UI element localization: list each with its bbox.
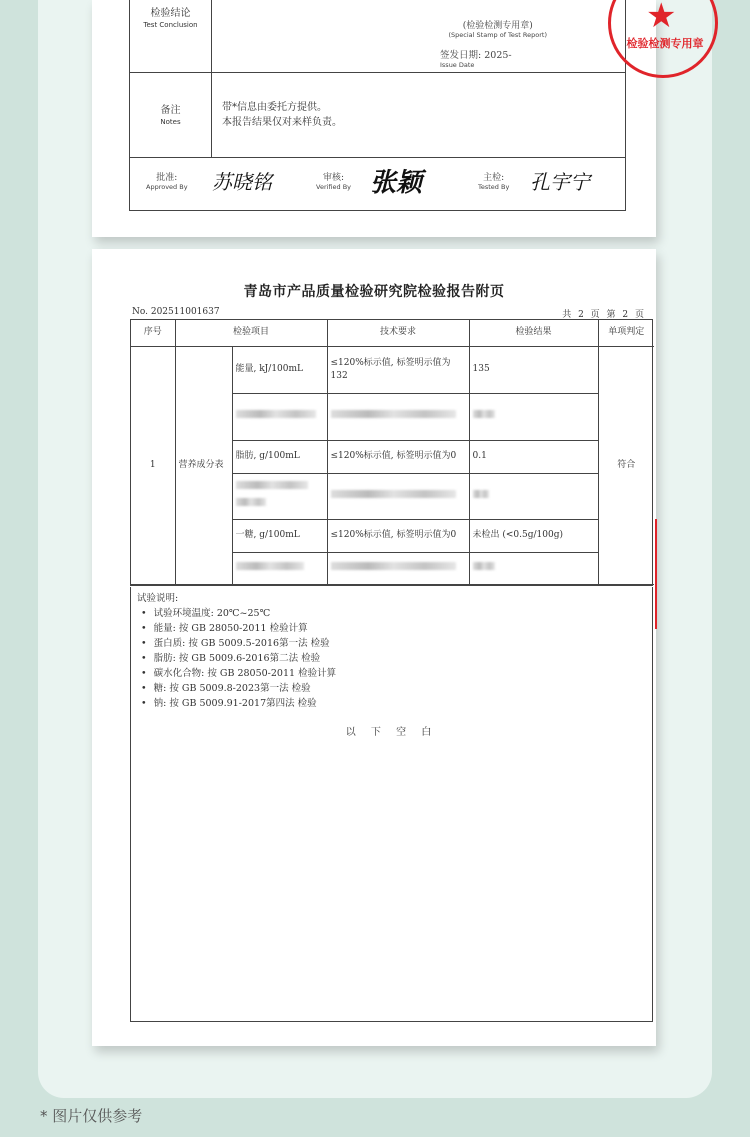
verified-label-zh: 审核: xyxy=(316,170,351,183)
serial-cell: 1 xyxy=(131,346,175,584)
report-page-1: 检验结论 Test Conclusion (检验检测专用章) (Special … xyxy=(92,0,656,237)
blurred-item-cell xyxy=(232,393,327,440)
results-table: 序号 检验项目 技术要求 检验结果 单项判定 1 营养成分表 能量, kJ/10… xyxy=(130,319,653,586)
conclusion-label-zh: 检验结论 xyxy=(130,4,211,19)
issue-date-label-en: Issue Date xyxy=(440,61,512,69)
requirement-cell: ≤120%标示值, 标签明示值为0 xyxy=(327,440,469,473)
test-note-item: 碳水化合物: 按 GB 28050-2011 检验计算 xyxy=(137,666,646,681)
blurred-result-cell xyxy=(469,473,598,519)
conclusion-label-en: Test Conclusion xyxy=(130,21,211,29)
notes-label-zh: 备注 xyxy=(130,101,211,116)
stamp-label-zh: (检验检测专用章) xyxy=(463,21,533,31)
seal-text: 检验检测专用章 xyxy=(623,35,707,51)
result-cell: 0.1 xyxy=(469,440,598,473)
approver-signature: 苏晓铭 xyxy=(212,166,272,195)
blurred-requirement-cell xyxy=(327,473,469,519)
test-note-item: 糖: 按 GB 5009.8-2023第一法 检验 xyxy=(137,681,646,696)
seal-star-icon: ★ xyxy=(646,0,676,33)
blank-below-marker: 以 下 空 白 xyxy=(131,725,652,740)
appendix-title: 青岛市产品质量检验研究院检验报告附页 xyxy=(92,281,656,301)
issue-date-label: 签发日期: xyxy=(440,50,481,61)
notes-label: 备注 Notes xyxy=(130,73,212,157)
item-cell: 能量, kJ/100mL xyxy=(232,346,327,393)
requirement-cell: ≤120%标示值, 标签明示值为132 xyxy=(327,346,469,393)
verifier-signature: 张颖 xyxy=(370,162,422,199)
test-note-item: 能量: 按 GB 28050-2011 检验计算 xyxy=(137,621,646,636)
stamp-caption: (检验检测专用章) (Special Stamp of Test Report) xyxy=(449,18,547,39)
verdict-cell: 符合 xyxy=(598,346,654,584)
category-cell: 营养成分表 xyxy=(175,346,232,584)
header-item: 检验项目 xyxy=(175,320,327,346)
notes-row: 备注 Notes 带*信息由委托方提供。 本报告结果仅对来样负责。 xyxy=(130,73,625,158)
conclusion-label: 检验结论 Test Conclusion xyxy=(130,0,212,72)
header-serial: 序号 xyxy=(131,320,175,346)
blurred-item-cell xyxy=(232,552,327,584)
result-cell: 未检出 (<0.5g/100g) xyxy=(469,519,598,552)
item-cell: 一糖, g/100mL xyxy=(232,519,327,552)
blurred-result-cell xyxy=(469,552,598,584)
image-disclaimer: * 图片仅供参考 xyxy=(40,1105,142,1126)
header-requirement: 技术要求 xyxy=(327,320,469,346)
tested-label-en: Tested By xyxy=(478,183,509,191)
test-note-item: 脂肪: 按 GB 5009.6-2016第二法 检验 xyxy=(137,651,646,666)
edge-seal-mark xyxy=(647,519,657,629)
stamp-label-en: (Special Stamp of Test Report) xyxy=(449,31,547,39)
header-result: 检验结果 xyxy=(469,320,598,346)
blurred-item-cell xyxy=(232,473,327,519)
test-note-item: 蛋白质: 按 GB 5009.5-2016第一法 检验 xyxy=(137,636,646,651)
verified-label-en: Verified By xyxy=(316,183,351,191)
item-cell: 脂肪, g/100mL xyxy=(232,440,327,473)
table-row: 1 营养成分表 能量, kJ/100mL ≤120%标示值, 标签明示值为132… xyxy=(131,346,654,393)
table-header-row: 序号 检验项目 技术要求 检验结果 单项判定 xyxy=(131,320,654,346)
notes-label-en: Notes xyxy=(130,118,211,126)
blurred-result-cell xyxy=(469,393,598,440)
tested-by-label: 主检: Tested By xyxy=(478,170,509,191)
blurred-requirement-cell xyxy=(327,393,469,440)
test-notes-title: 试验说明: xyxy=(137,591,646,606)
test-note-item: 钠: 按 GB 5009.91-2017第四法 检验 xyxy=(137,696,646,711)
report-number: No. 202511001637 xyxy=(132,307,220,317)
test-note-item: 试验环境温度: 20℃~25℃ xyxy=(137,606,646,621)
header-verdict: 单项判定 xyxy=(598,320,654,346)
requirement-cell: ≤120%标示值, 标签明示值为0 xyxy=(327,519,469,552)
notes-line: 本报告结果仅对来样负责。 xyxy=(222,115,342,130)
approved-label-zh: 批准: xyxy=(146,170,188,183)
conclusion-table: 检验结论 Test Conclusion (检验检测专用章) (Special … xyxy=(129,0,626,211)
report-page-2: 青岛市产品质量检验研究院检验报告附页 No. 202511001637 共 2 … xyxy=(92,249,656,1046)
conclusion-row: 检验结论 Test Conclusion (检验检测专用章) (Special … xyxy=(130,0,625,73)
issue-date-value: 2025- xyxy=(484,50,511,61)
blurred-requirement-cell xyxy=(327,552,469,584)
notes-text: 带*信息由委托方提供。 本报告结果仅对来样负责。 xyxy=(222,100,342,130)
issue-date: 签发日期: 2025- Issue Date xyxy=(440,47,512,69)
tester-signature: 孔宇宁 xyxy=(530,166,590,195)
approved-label-en: Approved By xyxy=(146,183,188,191)
signature-row: 批准: Approved By 苏晓铭 审核: Verified By 张颖 主… xyxy=(130,158,625,211)
test-notes: 试验说明: 试验环境温度: 20℃~25℃ 能量: 按 GB 28050-201… xyxy=(130,587,653,1022)
approved-by-label: 批准: Approved By xyxy=(146,170,188,191)
tested-label-zh: 主检: xyxy=(478,170,509,183)
result-cell: 135 xyxy=(469,346,598,393)
verified-by-label: 审核: Verified By xyxy=(316,170,351,191)
notes-line: 带*信息由委托方提供。 xyxy=(222,100,342,115)
